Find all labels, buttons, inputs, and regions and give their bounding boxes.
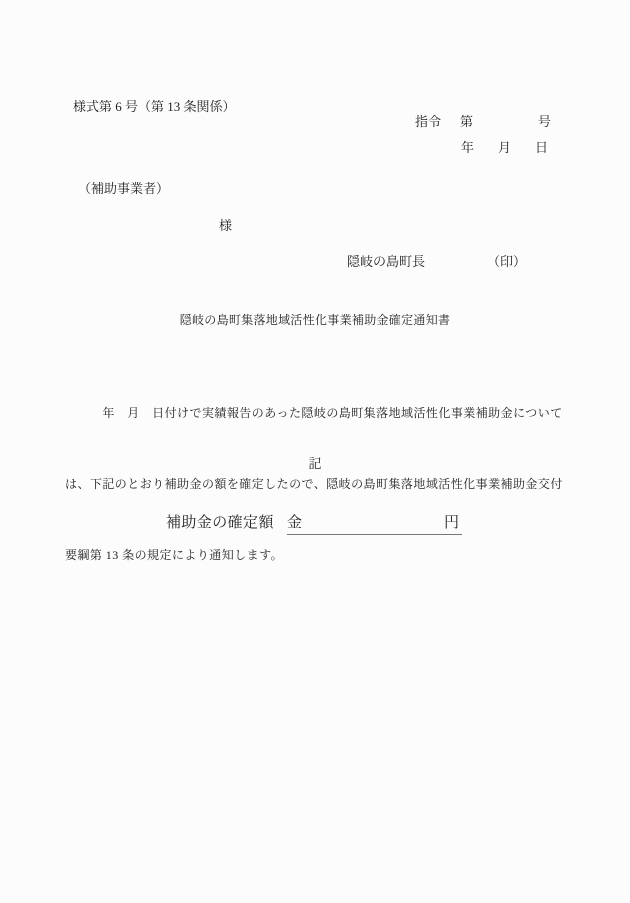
sender-name: 隠岐の島町長 bbox=[347, 251, 425, 270]
body-paragraph: 年 月 日付けで実績報告のあった隠岐の島町集落地域活性化事業補助金について は、… bbox=[65, 354, 569, 616]
amount-label: 補助金の確定額 bbox=[166, 511, 274, 532]
body-line-1: 年 月 日付けで実績報告のあった隠岐の島町集落地域活性化事業補助金について bbox=[65, 402, 569, 426]
date-month-label: 月 bbox=[498, 137, 511, 156]
document-title: 隠岐の島町集落地域活性化事業補助金確定通知書 bbox=[0, 311, 630, 328]
amount-blank-underline bbox=[302, 531, 444, 532]
directive-number-prefix: 第 bbox=[460, 111, 473, 130]
directive-row: 指令 第 号 bbox=[0, 111, 630, 129]
amount-currency-prefix: 金 bbox=[287, 511, 302, 532]
sender-seal-placeholder: （印） bbox=[487, 251, 526, 270]
addressee-honorific: 様 bbox=[219, 215, 232, 234]
date-day-label: 日 bbox=[535, 137, 548, 156]
date-row: 年 月 日 bbox=[0, 137, 630, 155]
note-marker: 記 bbox=[0, 453, 630, 472]
date-year-label: 年 bbox=[461, 137, 474, 156]
amount-currency-suffix: 円 bbox=[444, 511, 459, 532]
directive-number-suffix: 号 bbox=[538, 111, 551, 130]
addressee-label: （補助事業者） bbox=[78, 178, 169, 197]
amount-row: 補助金の確定額 金 円 bbox=[0, 511, 630, 539]
body-line-3: 要綱第 13 条の規定により通知します。 bbox=[65, 544, 569, 568]
document-page: 様式第 6 号（第 13 条関係） 指令 第 号 年 月 日 （補助事業者） 様… bbox=[0, 0, 630, 903]
body-line-2: は、下記のとおり補助金の額を確定したので、隠岐の島町集落地域活性化事業補助金交付 bbox=[65, 473, 569, 497]
amount-field: 金 円 bbox=[287, 511, 462, 535]
sender-row: 隠岐の島町長 （印） bbox=[0, 251, 630, 269]
directive-label: 指令 bbox=[415, 111, 441, 130]
